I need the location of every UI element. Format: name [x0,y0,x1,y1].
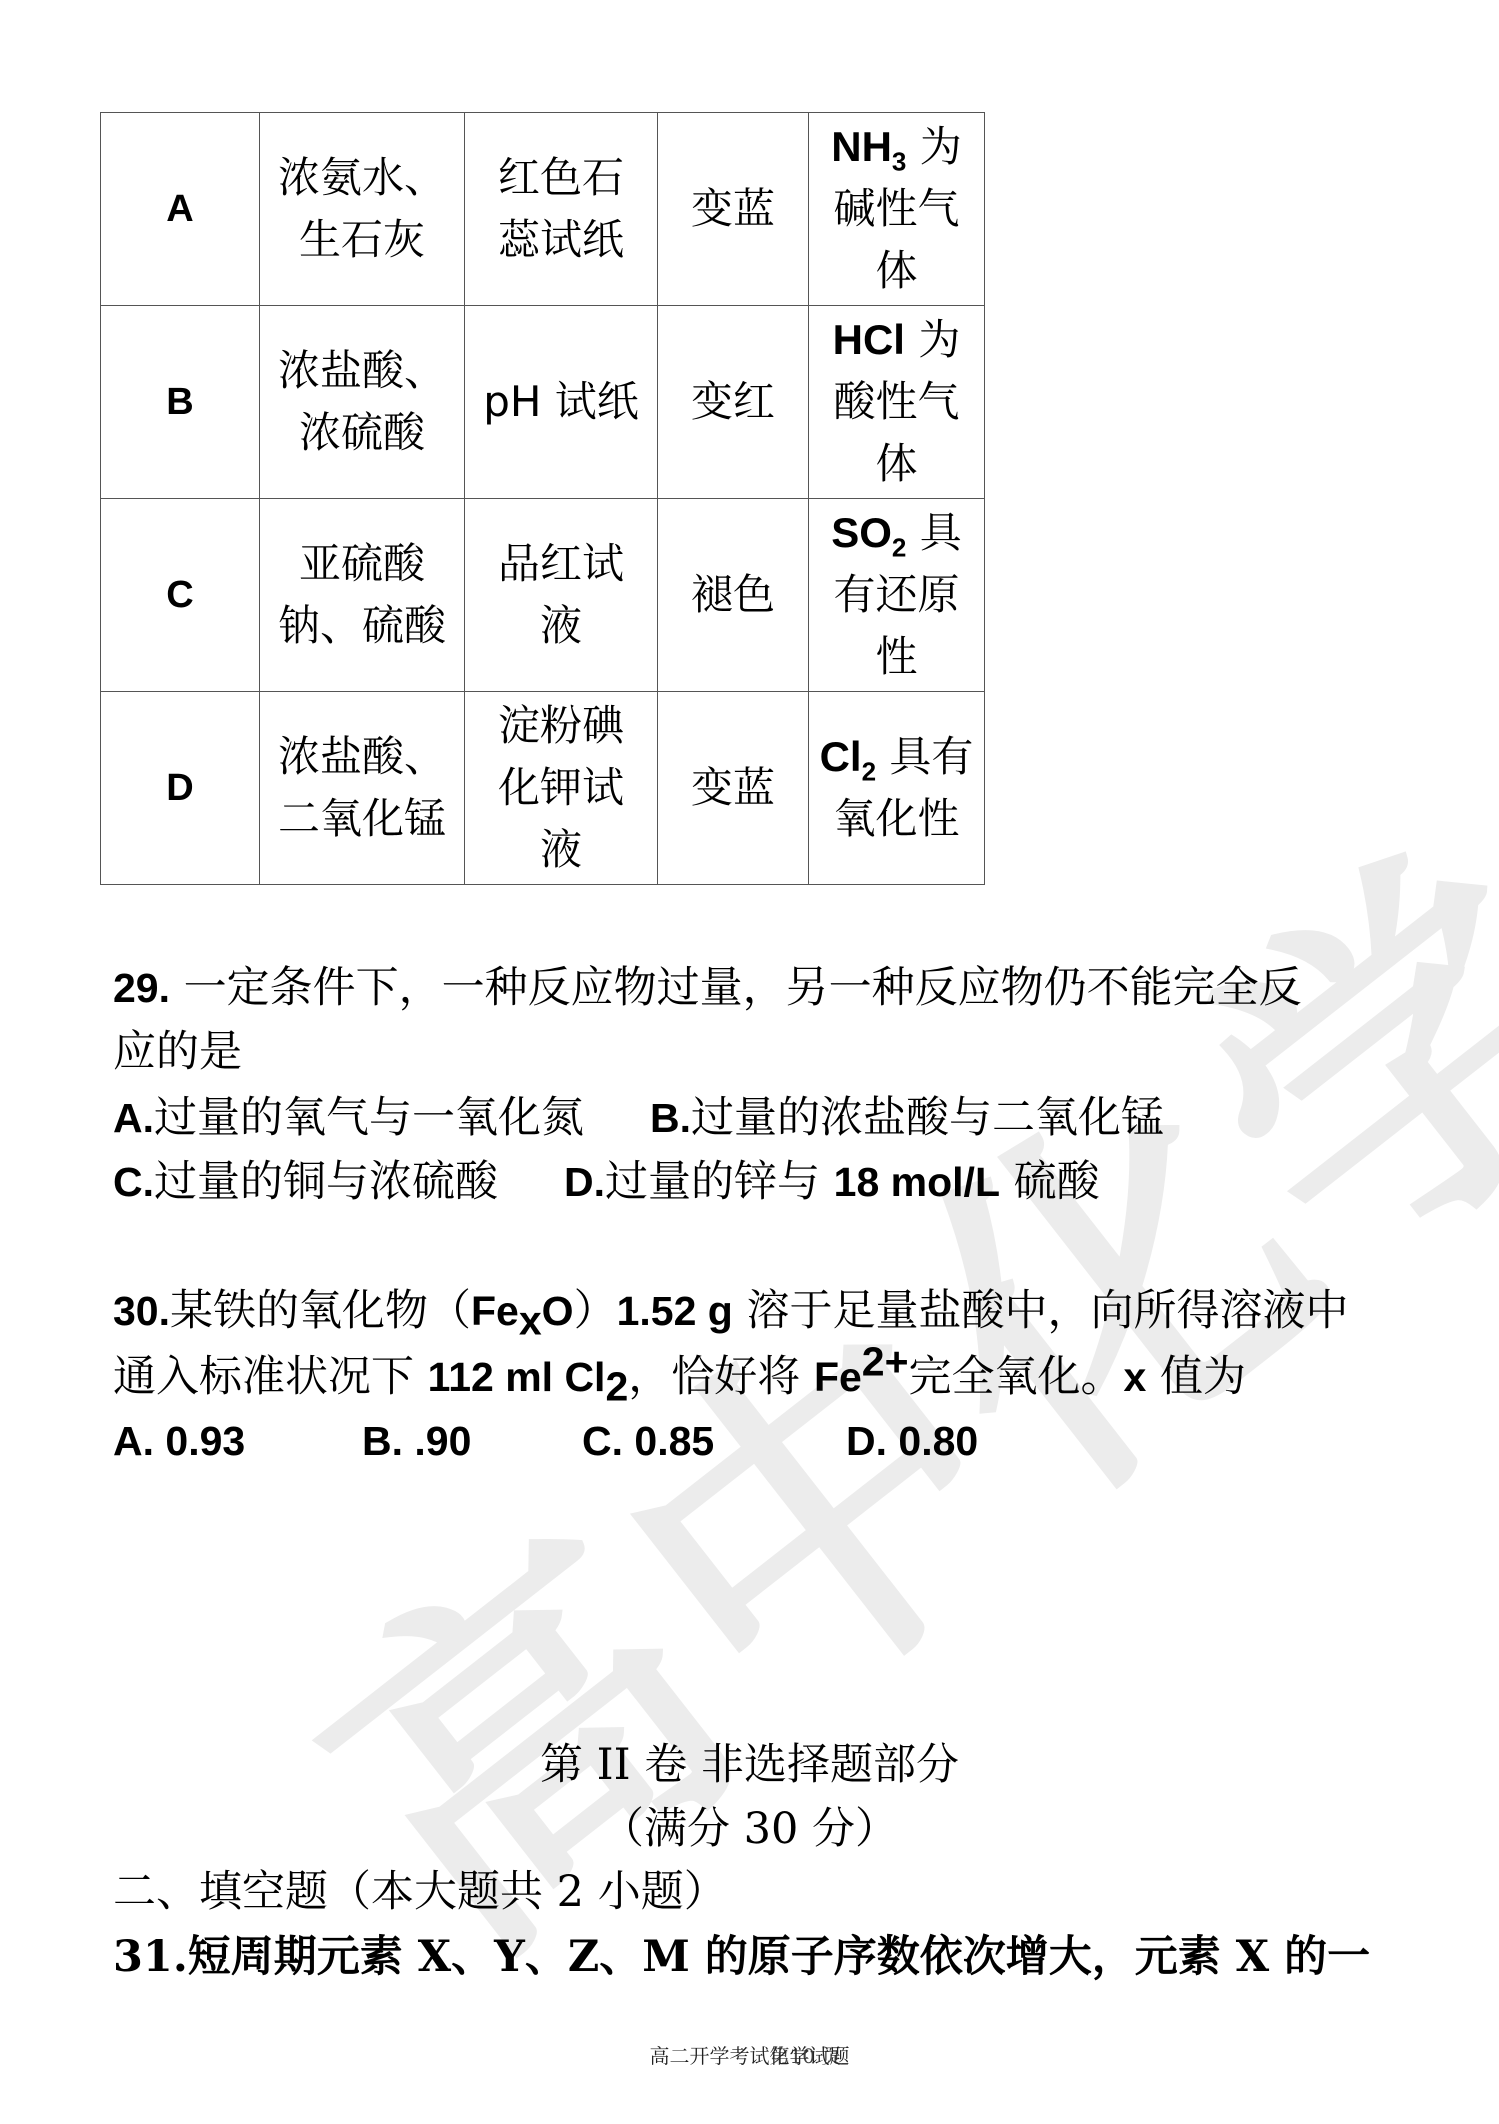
table-row: D 浓盐酸、二氧化锰 淀粉碘化钾试液 变蓝 Cl2 具有氧化性 [101,692,985,885]
footer-page-number: 第10 页 [770,2040,842,2069]
q30-options: A. 0.93B. .90C. 0.85D. 0.80 [113,1411,978,1471]
reagents-cell: 浓氨水、生石灰 [260,113,465,306]
q29-option-a: A.过量的氧气与一氧化氮 [113,1093,584,1143]
q29-option-d: D.过量的锌与 18 mol/L 硫酸 [564,1157,1100,1207]
q29-options-ab: A.过量的氧气与一氧化氮B.过量的浓盐酸与二氧化锰 [113,1088,1164,1148]
table-row: A 浓氨水、生石灰 红色石蕊试纸 变蓝 NH3 为碱性气体 [101,113,985,306]
indicator-cell: 品红试液 [465,499,658,692]
phenomenon-cell: 褪色 [658,499,809,692]
section-title: 第 II 卷 非选择题部分 [0,1735,1499,1795]
q30-option-b: B. .90 [362,1411,582,1471]
experiment-options-table: A 浓氨水、生石灰 红色石蕊试纸 变蓝 NH3 为碱性气体 B 浓盐酸、浓硫酸 … [100,112,985,885]
q29-stem-line1: 29. 一定条件下，一种反应物过量，另一种反应物仍不能完全反 [113,958,1302,1018]
indicator-cell: pH 试纸 [465,306,658,499]
document-page: A 浓氨水、生石灰 红色石蕊试纸 变蓝 NH3 为碱性气体 B 浓盐酸、浓硫酸 … [0,0,1499,2124]
q29-option-c: C.过量的铜与浓硫酸 [113,1157,498,1207]
q31-line1: 31.短周期元素 X、Y、Z、M 的原子序数依次增大，元素 X 的一 [113,1927,1370,1987]
q30-option-c: C. 0.85 [582,1411,846,1471]
reagents-cell: 浓盐酸、浓硫酸 [260,306,465,499]
section-score: （满分 30 分） [0,1799,1499,1859]
row-label: A [101,113,260,306]
q30-stem-line2: 通入标准状况下 112 ml Cl2，恰好将 Fe2+完全氧化。x 值为 [113,1347,1246,1407]
row-label: C [101,499,260,692]
q29-options-cd: C.过量的铜与浓硫酸D.过量的锌与 18 mol/L 硫酸 [113,1152,1100,1212]
page-footer: 高二开学考试化学试题 第10 页 [0,2040,1499,2069]
row-label: D [101,692,260,885]
phenomenon-cell: 变蓝 [658,113,809,306]
indicator-cell: 淀粉碘化钾试液 [465,692,658,885]
indicator-cell: 红色石蕊试纸 [465,113,658,306]
phenomenon-cell: 变红 [658,306,809,499]
conclusion-cell: NH3 为碱性气体 [809,113,985,306]
conclusion-cell: Cl2 具有氧化性 [809,692,985,885]
reagents-cell: 亚硫酸钠、硫酸 [260,499,465,692]
conclusion-cell: HCl 为酸性气体 [809,306,985,499]
conclusion-cell: SO2 具有还原性 [809,499,985,692]
table-row: C 亚硫酸钠、硫酸 品红试液 褪色 SO2 具有还原性 [101,499,985,692]
q29-stem-line2: 应的是 [113,1022,242,1082]
q30-option-d: D. 0.80 [846,1418,978,1464]
q29-number: 29. [113,965,170,1011]
q30-number: 30. [113,1288,170,1334]
row-label: B [101,306,260,499]
q29-option-b: B.过量的浓盐酸与二氧化锰 [650,1093,1164,1143]
reagents-cell: 浓盐酸、二氧化锰 [260,692,465,885]
q30-stem-line1: 30.某铁的氧化物（FexO）1.52 g 溶于足量盐酸中，向所得溶液中 [113,1281,1348,1341]
q30-option-a: A. 0.93 [113,1411,362,1471]
part-heading: 二、填空题（本大题共 2 小题） [113,1862,727,1922]
phenomenon-cell: 变蓝 [658,692,809,885]
table-row: B 浓盐酸、浓硫酸 pH 试纸 变红 HCl 为酸性气体 [101,306,985,499]
